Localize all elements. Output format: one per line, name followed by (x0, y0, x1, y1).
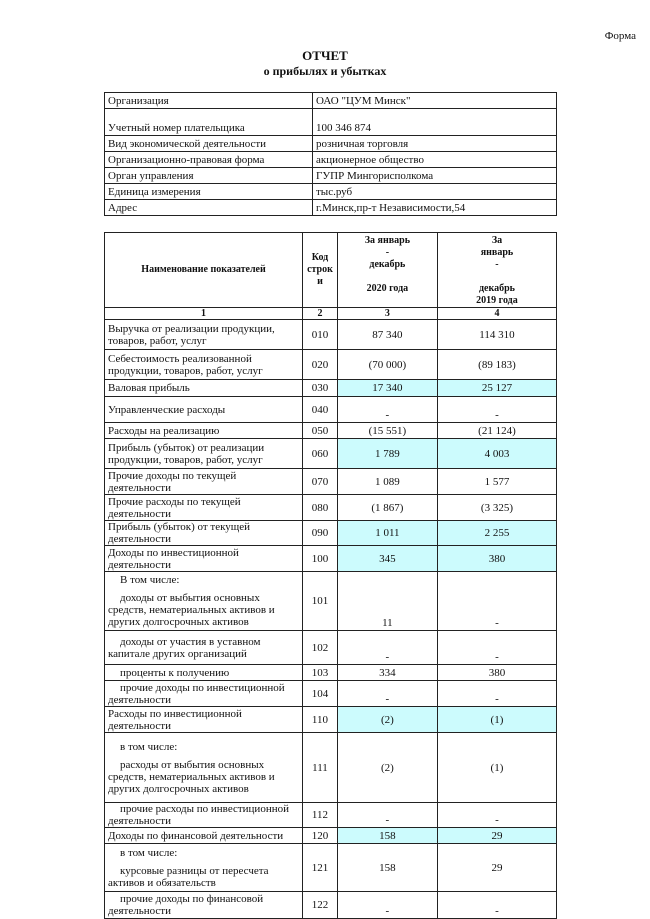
info-label: Организация (105, 93, 313, 109)
row-subheading: в том числе: (108, 741, 299, 753)
header-period-line: декабрь (341, 259, 434, 271)
info-value: розничная торговля (313, 136, 557, 152)
row-name-text: Прочие расходы по текущей деятельности (108, 496, 241, 520)
row-name-text: Прочие доходы по текущей деятельности (108, 470, 236, 494)
header-period-line: 2020 года (341, 283, 434, 295)
value-2019: (1) (437, 733, 556, 803)
report-subtitle: о прибылях и убытках (0, 64, 650, 79)
row-code: 090 (303, 521, 338, 546)
value-2019: - (437, 572, 556, 631)
info-value: тыс.руб (313, 184, 557, 200)
row-name: Прочие расходы по текущей деятельности (105, 495, 303, 521)
value-2020: (70 000) (337, 350, 437, 380)
row-code: 020 (303, 350, 338, 380)
profit-loss-table: Наименование показателей Код строк и За … (104, 232, 557, 919)
table-row: доходы от участия в уставном капитале др… (105, 631, 557, 665)
header-period-line: январь (441, 247, 553, 259)
row-name: Выручка от реализации продукции, товаров… (105, 320, 303, 350)
row-code: 102 (303, 631, 338, 665)
column-number: 3 (337, 308, 437, 320)
info-label: Адрес (105, 200, 313, 216)
header-code-line: и (306, 276, 334, 288)
info-row: Организация ОАО "ЦУМ Минск" (105, 93, 557, 109)
table-row: Доходы по финансовой деятельности1201582… (105, 828, 557, 844)
row-code: 122 (303, 892, 338, 919)
row-name: Прочие доходы по текущей деятельности (105, 469, 303, 495)
value-2020: 1 789 (337, 439, 437, 469)
row-name-text: Прибыль (убыток) от текущей деятельности (108, 521, 250, 545)
table-row: Валовая прибыль03017 34025 127 (105, 380, 557, 397)
column-number: 4 (437, 308, 556, 320)
value-2019: 29 (437, 828, 556, 844)
table-row: Себестоимость реализованной продукции, т… (105, 350, 557, 380)
value-2019: - (437, 803, 556, 828)
info-value: 100 346 874 (313, 109, 557, 136)
header-period-line: декабрь (441, 283, 553, 295)
header-code-line: Код (306, 252, 334, 264)
value-2019: 2 255 (437, 521, 556, 546)
value-2019: 380 (437, 546, 556, 572)
value-2019: (21 124) (437, 423, 556, 439)
value-2020: - (337, 803, 437, 828)
row-name: доходы от участия в уставном капитале др… (105, 631, 303, 665)
row-name-text: Прибыль (убыток) от реализации продукции… (108, 442, 264, 466)
header-period-line: 2019 года (441, 295, 553, 307)
value-2020: (15 551) (337, 423, 437, 439)
info-value: ОАО "ЦУМ Минск" (313, 93, 557, 109)
row-code: 103 (303, 665, 338, 681)
value-2019: - (437, 892, 556, 919)
value-2020: 1 011 (337, 521, 437, 546)
header-code: Код строк и (303, 233, 338, 308)
row-name: проценты к получению (105, 665, 303, 681)
info-label: Вид экономической деятельности (105, 136, 313, 152)
row-name: Прибыль (убыток) от текущей деятельности (105, 521, 303, 546)
row-code: 030 (303, 380, 338, 397)
table-row: Прочие расходы по текущей деятельности08… (105, 495, 557, 521)
organization-info-table: Организация ОАО "ЦУМ Минск" Учетный номе… (104, 92, 557, 216)
row-name: Доходы по финансовой деятельности (105, 828, 303, 844)
value-2020: 334 (337, 665, 437, 681)
row-name-text: Доходы по финансовой деятельности (108, 830, 283, 842)
row-code: 060 (303, 439, 338, 469)
header-period-line: За (441, 235, 553, 247)
value-2020: 158 (337, 828, 437, 844)
row-name-text: проценты к получению (108, 667, 229, 679)
table-row: Прибыль (убыток) от текущей деятельности… (105, 521, 557, 546)
value-2020: - (337, 631, 437, 665)
row-name-text: доходы от участия в уставном капитале др… (108, 636, 261, 660)
row-name: Расходы по инвестиционной деятельности (105, 707, 303, 733)
value-2019: - (437, 631, 556, 665)
row-code: 120 (303, 828, 338, 844)
table-row: Прочие доходы по текущей деятельности070… (105, 469, 557, 495)
info-value: ГУПР Мингорисполкома (313, 168, 557, 184)
row-name: Прибыль (убыток) от реализации продукции… (105, 439, 303, 469)
table-row: Доходы по инвестиционной деятельности100… (105, 546, 557, 572)
row-code: 100 (303, 546, 338, 572)
value-2020: - (337, 397, 437, 423)
row-name-text: Доходы по инвестиционной деятельности (108, 547, 239, 571)
value-2019: (89 183) (437, 350, 556, 380)
row-code: 101 (303, 572, 338, 631)
row-subheading: в том числе: (108, 847, 299, 859)
info-label: Организационно-правовая форма (105, 152, 313, 168)
row-name-text: прочие доходы по инвестиционной деятельн… (108, 682, 285, 706)
row-name-text: Управленческие расходы (108, 404, 225, 416)
row-code: 010 (303, 320, 338, 350)
table-row: в том числе:расходы от выбытия основных … (105, 733, 557, 803)
row-code: 104 (303, 681, 338, 707)
info-label: Орган управления (105, 168, 313, 184)
header-period-line: - (341, 247, 434, 259)
value-2020: 158 (337, 844, 437, 892)
value-2020: 345 (337, 546, 437, 572)
report-title-main: ОТЧЕТ (0, 48, 650, 64)
table-row: Управленческие расходы040-- (105, 397, 557, 423)
row-code: 070 (303, 469, 338, 495)
row-name: в том числе:расходы от выбытия основных … (105, 733, 303, 803)
header-period-2020: За январь - декабрь 2020 года (337, 233, 437, 308)
row-name-text: Расходы по инвестиционной деятельности (108, 708, 242, 732)
info-row: Организационно-правовая форма акционерно… (105, 152, 557, 168)
header-period-2019: За январь - декабрь 2019 года (437, 233, 556, 308)
table-row: Прибыль (убыток) от реализации продукции… (105, 439, 557, 469)
value-2019: 4 003 (437, 439, 556, 469)
info-row: Адрес г.Минск,пр-т Независимости,54 (105, 200, 557, 216)
row-name-text: доходы от выбытия основных средств, нема… (108, 592, 275, 628)
row-name: прочие доходы по финансовой деятельности (105, 892, 303, 919)
form-label: Форма (605, 30, 636, 42)
value-2019: 380 (437, 665, 556, 681)
row-name-text: Расходы на реализацию (108, 425, 219, 437)
report-title: ОТЧЕТ о прибылях и убытках (0, 48, 650, 79)
column-number: 1 (105, 308, 303, 320)
table-header-row: Наименование показателей Код строк и За … (105, 233, 557, 308)
table-row: Выручка от реализации продукции, товаров… (105, 320, 557, 350)
table-row: Расходы на реализацию050(15 551)(21 124) (105, 423, 557, 439)
row-name: Управленческие расходы (105, 397, 303, 423)
row-code: 040 (303, 397, 338, 423)
row-code: 112 (303, 803, 338, 828)
header-period-line: За январь (341, 235, 434, 247)
value-2019: 1 577 (437, 469, 556, 495)
value-2019: 25 127 (437, 380, 556, 397)
table-row: в том числе:курсовые разницы от пересчет… (105, 844, 557, 892)
table-row: прочие доходы по инвестиционной деятельн… (105, 681, 557, 707)
value-2019: - (437, 681, 556, 707)
row-code: 111 (303, 733, 338, 803)
table-row: В том числе:доходы от выбытия основных с… (105, 572, 557, 631)
table-row: проценты к получению103334380 (105, 665, 557, 681)
info-row: Орган управления ГУПР Мингорисполкома (105, 168, 557, 184)
row-name-text: прочие расходы по инвестиционной деятель… (108, 803, 289, 827)
info-value: г.Минск,пр-т Независимости,54 (313, 200, 557, 216)
row-name: В том числе:доходы от выбытия основных с… (105, 572, 303, 631)
value-2020: 17 340 (337, 380, 437, 397)
row-name: Себестоимость реализованной продукции, т… (105, 350, 303, 380)
value-2019: (1) (437, 707, 556, 733)
info-row: Вид экономической деятельности розничная… (105, 136, 557, 152)
value-2020: - (337, 892, 437, 919)
row-name-text: прочие доходы по финансовой деятельности (108, 893, 263, 917)
value-2020: (1 867) (337, 495, 437, 521)
row-name: Валовая прибыль (105, 380, 303, 397)
column-number-row: 1 2 3 4 (105, 308, 557, 320)
row-code: 110 (303, 707, 338, 733)
info-label: Учетный номер плательщика (105, 109, 313, 136)
value-2020: (2) (337, 707, 437, 733)
info-row: Учетный номер плательщика 100 346 874 (105, 109, 557, 136)
row-name: прочие расходы по инвестиционной деятель… (105, 803, 303, 828)
table-row: прочие расходы по инвестиционной деятель… (105, 803, 557, 828)
row-name-text: Выручка от реализации продукции, товаров… (108, 323, 275, 347)
row-subheading: В том числе: (108, 574, 299, 586)
row-code: 121 (303, 844, 338, 892)
table-row: Расходы по инвестиционной деятельности11… (105, 707, 557, 733)
info-row: Единица измерения тыс.руб (105, 184, 557, 200)
value-2019: (3 325) (437, 495, 556, 521)
row-code: 080 (303, 495, 338, 521)
header-period-line: - (441, 259, 553, 271)
value-2019: 29 (437, 844, 556, 892)
row-name: прочие доходы по инвестиционной деятельн… (105, 681, 303, 707)
row-code: 050 (303, 423, 338, 439)
value-2020: 1 089 (337, 469, 437, 495)
row-name-text: Себестоимость реализованной продукции, т… (108, 353, 263, 377)
info-value: акционерное общество (313, 152, 557, 168)
value-2020: - (337, 681, 437, 707)
column-number: 2 (303, 308, 338, 320)
table-row: прочие доходы по финансовой деятельности… (105, 892, 557, 919)
header-code-line: строк (306, 264, 334, 276)
value-2020: 87 340 (337, 320, 437, 350)
row-name: Доходы по инвестиционной деятельности (105, 546, 303, 572)
value-2020: 11 (337, 572, 437, 631)
row-name: в том числе:курсовые разницы от пересчет… (105, 844, 303, 892)
value-2019: - (437, 397, 556, 423)
row-name-text: курсовые разницы от пересчета активов и … (108, 865, 269, 889)
value-2019: 114 310 (437, 320, 556, 350)
row-name: Расходы на реализацию (105, 423, 303, 439)
row-name-text: Валовая прибыль (108, 382, 190, 394)
value-2020: (2) (337, 733, 437, 803)
row-name-text: расходы от выбытия основных средств, нем… (108, 759, 275, 795)
header-name: Наименование показателей (105, 233, 303, 308)
info-label: Единица измерения (105, 184, 313, 200)
